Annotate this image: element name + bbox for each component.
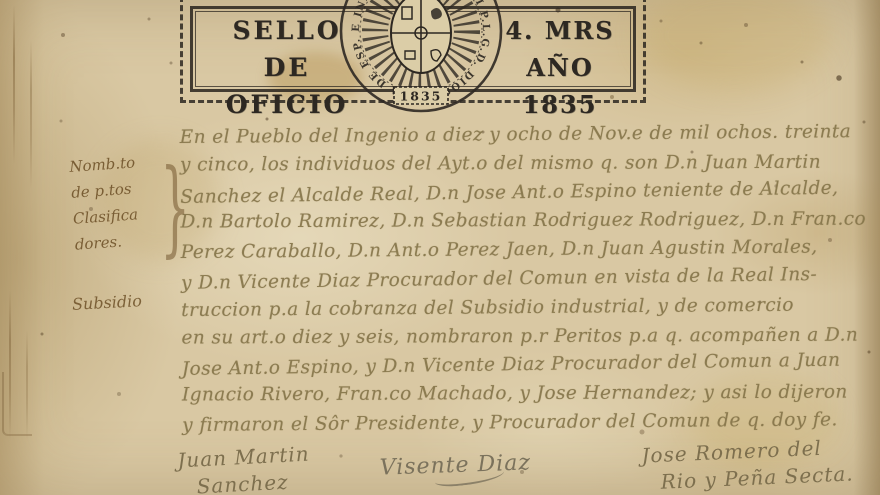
signature-line: Sanchez [196, 468, 312, 495]
paper-crease [30, 40, 32, 190]
paper-stain [640, 0, 830, 90]
stamp-right-text: 4. MRS AÑO 1835 [491, 12, 629, 123]
manuscript-line: D.n Bartolo Ramirez, D.n Sebastian Rodri… [180, 206, 878, 238]
stamp-year: AÑO 1835 [491, 49, 629, 123]
manuscript-line: y firmaron el Sôr Presidente, y Procurad… [182, 406, 880, 441]
manuscript-body: En el Pueblo del Ingenio a diez y ocho d… [180, 118, 880, 441]
seal-year-text: 1835 [400, 89, 443, 104]
binding-mark [2, 372, 32, 436]
signature-juan-martin-sanchez: Juan Martin Sanchez [177, 441, 312, 495]
margin-note-subsidio: Subsidio [72, 291, 143, 314]
royal-seal-icon: YSABEL II P.L.G.D. DIOS REINA DE ESP. E … [337, 0, 507, 117]
signature-visente-diaz: Visente Diaz [379, 449, 532, 495]
stamp-value: 4. MRS [491, 12, 629, 49]
manuscript-page: SELLO DE OFICIO 4. MRS AÑO 1835 YSABEL I… [0, 0, 880, 495]
manuscript-line: Ignacio Rivero, Fran.co Machado, y Jose … [182, 379, 880, 411]
manuscript-line: En el Pueblo del Ingenio a diez y ocho d… [180, 118, 878, 153]
manuscript-line: truccion p.a la cobranza del Subsidio in… [181, 291, 879, 326]
paper-crease [13, 4, 15, 164]
signature-jose-romero: Jose Romero del Rio y Peña Secta. [641, 433, 854, 495]
foxing-spots [0, 0, 2, 2]
